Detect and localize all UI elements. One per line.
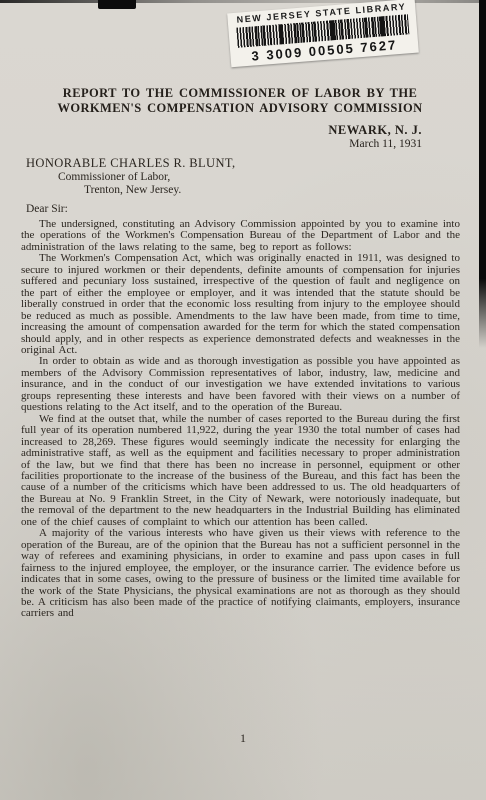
date-line: March 11, 1931 bbox=[328, 137, 422, 151]
letter-body: The undersigned, constituting an Advisor… bbox=[21, 219, 460, 620]
paragraph: In order to obtain as wide and as thorou… bbox=[21, 356, 460, 413]
scan-edge-right bbox=[479, 0, 486, 348]
recipient-address: Trenton, New Jersey. bbox=[26, 184, 236, 198]
dateline: NEWARK, N. J. March 11, 1931 bbox=[328, 123, 422, 151]
report-title-line1: REPORT TO THE COMMISSIONER OF LABOR BY T… bbox=[20, 86, 460, 101]
recipient-title: Commissioner of Labor, bbox=[26, 171, 236, 185]
library-barcode-label: NEW JERSEY STATE LIBRARY 3 3009 00505 76… bbox=[227, 0, 419, 67]
report-title-line2: WORKMEN'S COMPENSATION ADVISORY COMMISSI… bbox=[20, 101, 460, 116]
report-title: REPORT TO THE COMMISSIONER OF LABOR BY T… bbox=[20, 86, 460, 116]
recipient-name: HONORABLE CHARLES R. BLUNT, bbox=[26, 157, 236, 171]
paragraph: A majority of the various interests who … bbox=[21, 528, 460, 620]
scan-edge-mark bbox=[98, 0, 136, 9]
paragraph: The undersigned, constituting an Advisor… bbox=[21, 219, 460, 253]
recipient-block: HONORABLE CHARLES R. BLUNT, Commissioner… bbox=[26, 157, 236, 198]
paragraph: We find at the outset that, while the nu… bbox=[21, 414, 460, 529]
salutation: Dear Sir: bbox=[26, 203, 68, 215]
page-number: 1 bbox=[0, 731, 486, 746]
paragraph: The Workmen's Compensation Act, which wa… bbox=[21, 253, 460, 356]
scanned-document-page: NEW JERSEY STATE LIBRARY 3 3009 00505 76… bbox=[0, 0, 486, 800]
place-line: NEWARK, N. J. bbox=[328, 123, 422, 137]
